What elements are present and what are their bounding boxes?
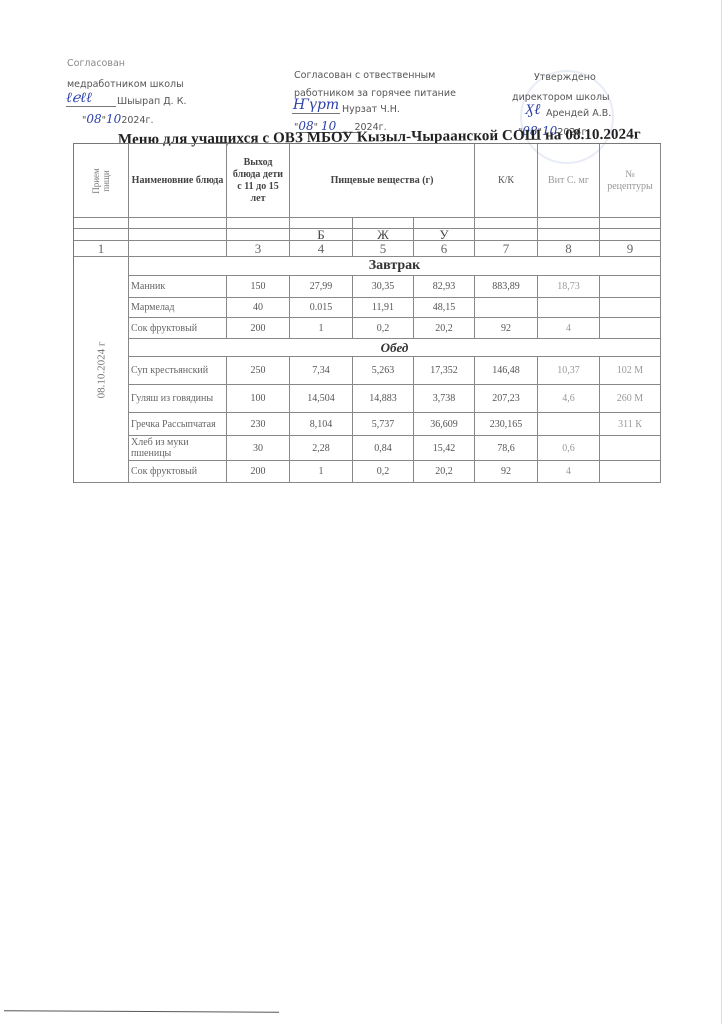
cell-output: 200 — [227, 318, 290, 339]
approval-middle-name: Нурзат Ч.Н. — [342, 104, 400, 115]
cell-output: 40 — [227, 298, 290, 318]
signature-middle: Ҥүрт — [293, 97, 339, 113]
cell-output: 250 — [227, 357, 290, 385]
cell-b: 0.015 — [290, 298, 353, 318]
cell-vit-c: 18,73 — [538, 276, 600, 298]
column-number: 4 — [290, 241, 353, 257]
cell-output: 100 — [227, 385, 290, 413]
cell-recipe — [600, 298, 661, 318]
column-number — [129, 241, 227, 257]
cell-kk: 92 — [475, 318, 538, 339]
subheader-u: У — [414, 229, 475, 241]
column-number: 3 — [227, 241, 290, 257]
dish-name: Мармелад — [129, 298, 227, 318]
header-output: Выход блюда дети с 11 до 15 лет — [227, 144, 290, 218]
header-recipe-no: № рецептуры — [600, 144, 661, 218]
column-number: 6 — [414, 241, 475, 257]
cell-u: 82,93 — [414, 276, 475, 298]
subheader-empty — [538, 229, 600, 241]
approval-right-line1: Утверждено — [534, 72, 596, 83]
header-meal-time: Прием пищи — [74, 144, 129, 218]
bottom-rule — [4, 1010, 279, 1012]
dish-name: Сок фруктовый — [129, 461, 227, 483]
empty-cell — [129, 218, 227, 229]
subheader-empty — [129, 229, 227, 241]
cell-zh: 5,737 — [353, 413, 414, 436]
empty-cell — [353, 218, 414, 229]
cell-u: 17,352 — [414, 357, 475, 385]
header-nutrients: Пищевые вещества (г) — [290, 144, 475, 218]
cell-b: 8,104 — [290, 413, 353, 436]
section-breakfast: Завтрак — [129, 257, 661, 276]
subheader-empty — [227, 229, 290, 241]
header-vit-c: Вит С. мг — [538, 144, 600, 218]
cell-vit-c: 4 — [538, 318, 600, 339]
empty-cell — [414, 218, 475, 229]
cell-recipe — [600, 461, 661, 483]
approval-left-date: "08"102024г. — [82, 112, 154, 126]
cell-kk: 883,89 — [475, 276, 538, 298]
cell-b: 7,34 — [290, 357, 353, 385]
cell-b: 27,99 — [290, 276, 353, 298]
header-kcal: К/К — [475, 144, 538, 218]
empty-cell — [475, 218, 538, 229]
cell-kk — [475, 298, 538, 318]
signature-left: ℓℯℓℓ — [66, 90, 92, 107]
cell-recipe — [600, 318, 661, 339]
column-number: 8 — [538, 241, 600, 257]
cell-recipe: 311 К — [600, 413, 661, 436]
cell-vit-c: 4,6 — [538, 385, 600, 413]
approval-left-year: 2024г. — [121, 115, 153, 126]
cell-u: 20,2 — [414, 461, 475, 483]
cell-zh: 0,84 — [353, 436, 414, 461]
page-edge — [721, 0, 722, 1024]
cell-zh: 30,35 — [353, 276, 414, 298]
cell-output: 30 — [227, 436, 290, 461]
subheader-zh: Ж — [353, 229, 414, 241]
cell-b: 2,28 — [290, 436, 353, 461]
cell-kk: 78,6 — [475, 436, 538, 461]
cell-vit-c — [538, 413, 600, 436]
cell-vit-c: 10,37 — [538, 357, 600, 385]
cell-b: 14,504 — [290, 385, 353, 413]
header-dish-name: Наименовние блюда — [129, 144, 227, 218]
approval-right-name: Арендей А.В. — [546, 108, 611, 119]
cell-b: 1 — [290, 461, 353, 483]
menu-table: Прием пищи Наименовние блюда Выход блюда… — [73, 143, 661, 483]
dish-name: Хлеб из муки пшеницы — [129, 436, 227, 461]
cell-kk: 230,165 — [475, 413, 538, 436]
approval-left-month: 10 — [106, 112, 121, 126]
cell-u: 15,42 — [414, 436, 475, 461]
column-number: 7 — [475, 241, 538, 257]
subheader-empty — [600, 229, 661, 241]
dish-name: Манник — [129, 276, 227, 298]
cell-b: 1 — [290, 318, 353, 339]
header-meal-time-text: Прием пищи — [91, 161, 111, 201]
approval-middle-line1: Согласован с отвественным — [294, 70, 435, 81]
approval-left-line1: Согласован — [67, 58, 125, 69]
empty-cell — [74, 218, 129, 229]
approval-left-line2: медработником школы — [67, 79, 184, 90]
dish-name: Гречка Рассыпчатая — [129, 413, 227, 436]
column-number: 5 — [353, 241, 414, 257]
cell-vit-c — [538, 298, 600, 318]
empty-cell — [538, 218, 600, 229]
cell-recipe — [600, 276, 661, 298]
cell-u: 3,738 — [414, 385, 475, 413]
cell-kk: 146,48 — [475, 357, 538, 385]
cell-u: 20,2 — [414, 318, 475, 339]
signature-line-middle — [292, 113, 340, 114]
column-number: 1 — [74, 241, 129, 257]
dish-name: Сок фруктовый — [129, 318, 227, 339]
column-number: 9 — [600, 241, 661, 257]
subheader-b: Б — [290, 229, 353, 241]
signature-right: Ӽℓ — [525, 100, 540, 119]
approval-left-name: Шыырап Д. К. — [117, 96, 186, 107]
cell-kk: 207,23 — [475, 385, 538, 413]
cell-recipe: 260 М — [600, 385, 661, 413]
cell-output: 150 — [227, 276, 290, 298]
cell-kk: 92 — [475, 461, 538, 483]
approval-left-day: 08 — [86, 112, 101, 126]
meal-date-label: 08.10.2024 г — [95, 341, 107, 398]
cell-output: 200 — [227, 461, 290, 483]
cell-vit-c: 4 — [538, 461, 600, 483]
signature-line-left — [66, 106, 116, 107]
meal-date-cell: 08.10.2024 г — [74, 257, 129, 483]
cell-zh: 0,2 — [353, 318, 414, 339]
cell-recipe: 102 М — [600, 357, 661, 385]
subheader-empty — [475, 229, 538, 241]
section-lunch: Обед — [129, 339, 661, 357]
cell-u: 36,609 — [414, 413, 475, 436]
cell-u: 48,15 — [414, 298, 475, 318]
cell-recipe — [600, 436, 661, 461]
empty-cell — [600, 218, 661, 229]
cell-zh: 0,2 — [353, 461, 414, 483]
cell-vit-c: 0,6 — [538, 436, 600, 461]
cell-zh: 5,263 — [353, 357, 414, 385]
cell-output: 230 — [227, 413, 290, 436]
empty-cell — [290, 218, 353, 229]
cell-zh: 14,883 — [353, 385, 414, 413]
subheader-empty — [74, 229, 129, 241]
cell-zh: 11,91 — [353, 298, 414, 318]
dish-name: Суп крестьянский — [129, 357, 227, 385]
dish-name: Гуляш из говядины — [129, 385, 227, 413]
empty-cell — [227, 218, 290, 229]
